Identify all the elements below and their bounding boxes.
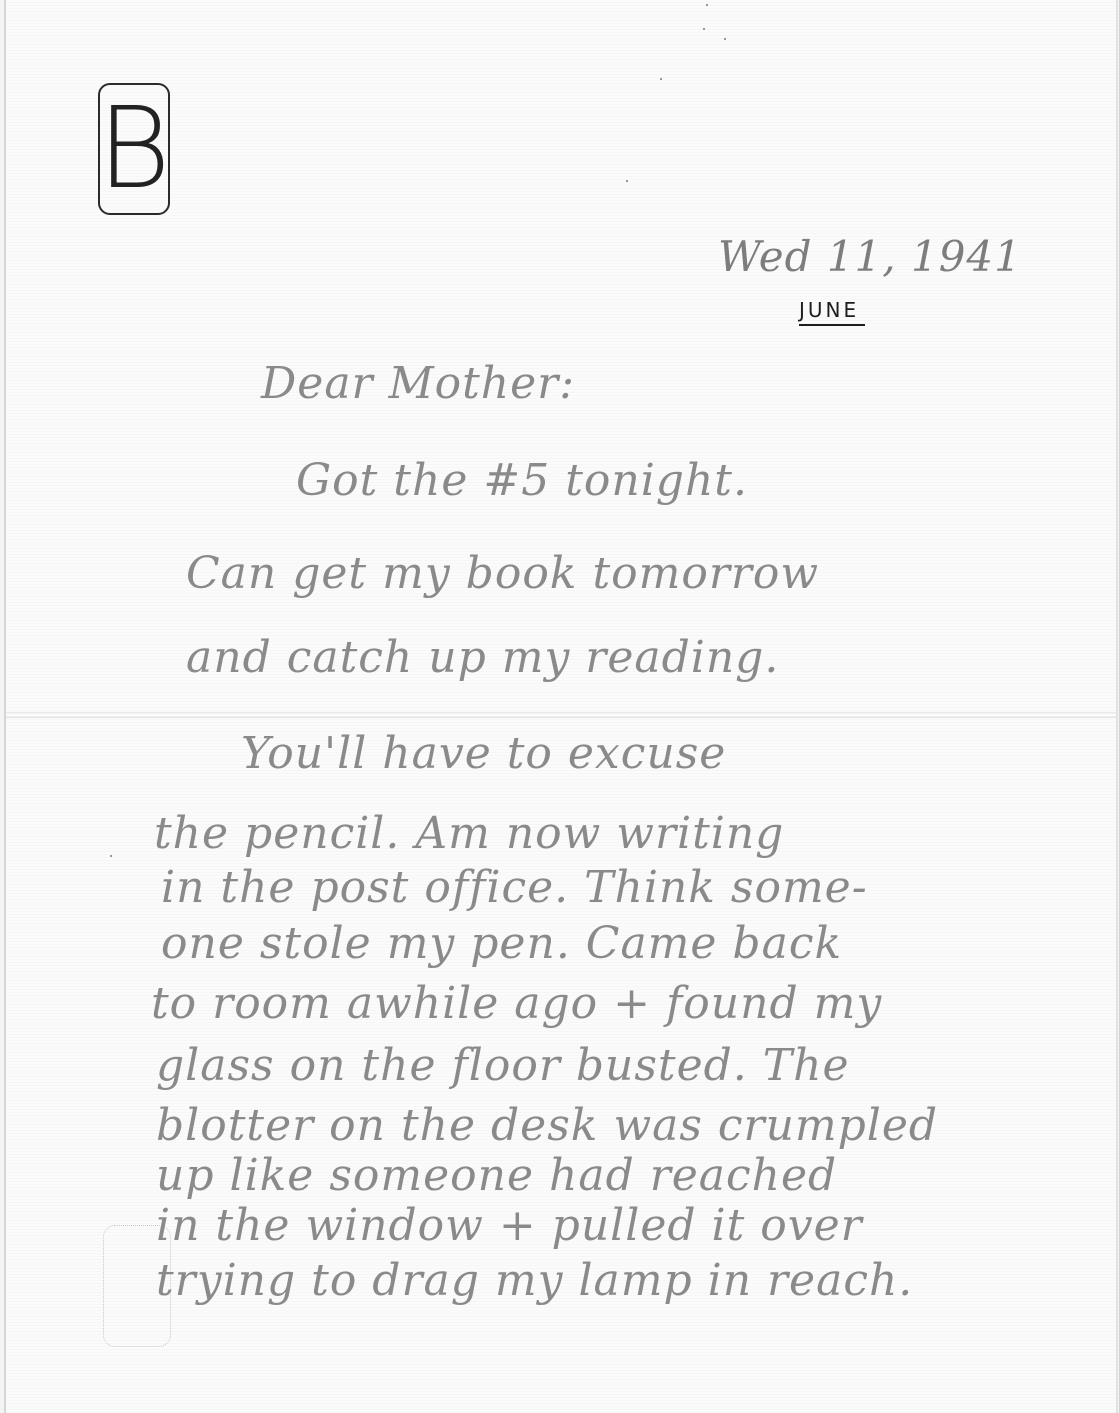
paper-speck [706, 4, 708, 6]
paper-speck [724, 38, 726, 40]
paper-speck [660, 78, 662, 80]
letter-line: to room awhile ago + found my [151, 978, 882, 1029]
letter-line: in the window + pulled it over [156, 1200, 863, 1251]
letter-line: Can get my book tomorrow [186, 548, 819, 599]
letter-date: Wed 11, 1941 [718, 232, 1022, 281]
letter-line: glass on the floor busted. The [156, 1040, 850, 1091]
paper-speck [626, 180, 628, 182]
paper-speck [110, 855, 112, 857]
paper-speck [703, 28, 705, 30]
letter-line: the pencil. Am now writing [154, 808, 784, 859]
letter-line: Got the #5 tonight. [296, 455, 748, 506]
letter-line: trying to drag my lamp in reach. [156, 1255, 913, 1306]
letter-line: one stole my pen. Came back [161, 918, 842, 969]
letter-line: You'll have to excuse [241, 728, 726, 779]
letter-line: blotter on the desk was crumpled [156, 1100, 938, 1151]
letter-line: up like someone had reached [156, 1150, 837, 1201]
letter-page: B Wed 11, 1941 JUNE Dear Mother: Got the… [4, 0, 1118, 1413]
monogram-b-logo: B [98, 83, 170, 215]
letter-line: in the post office. Think some- [161, 862, 868, 913]
salutation: Dear Mother: [261, 358, 575, 409]
month-annotation: JUNE [799, 298, 865, 326]
paper-fold-crease [6, 712, 1116, 718]
letter-line: and catch up my reading. [186, 632, 779, 683]
